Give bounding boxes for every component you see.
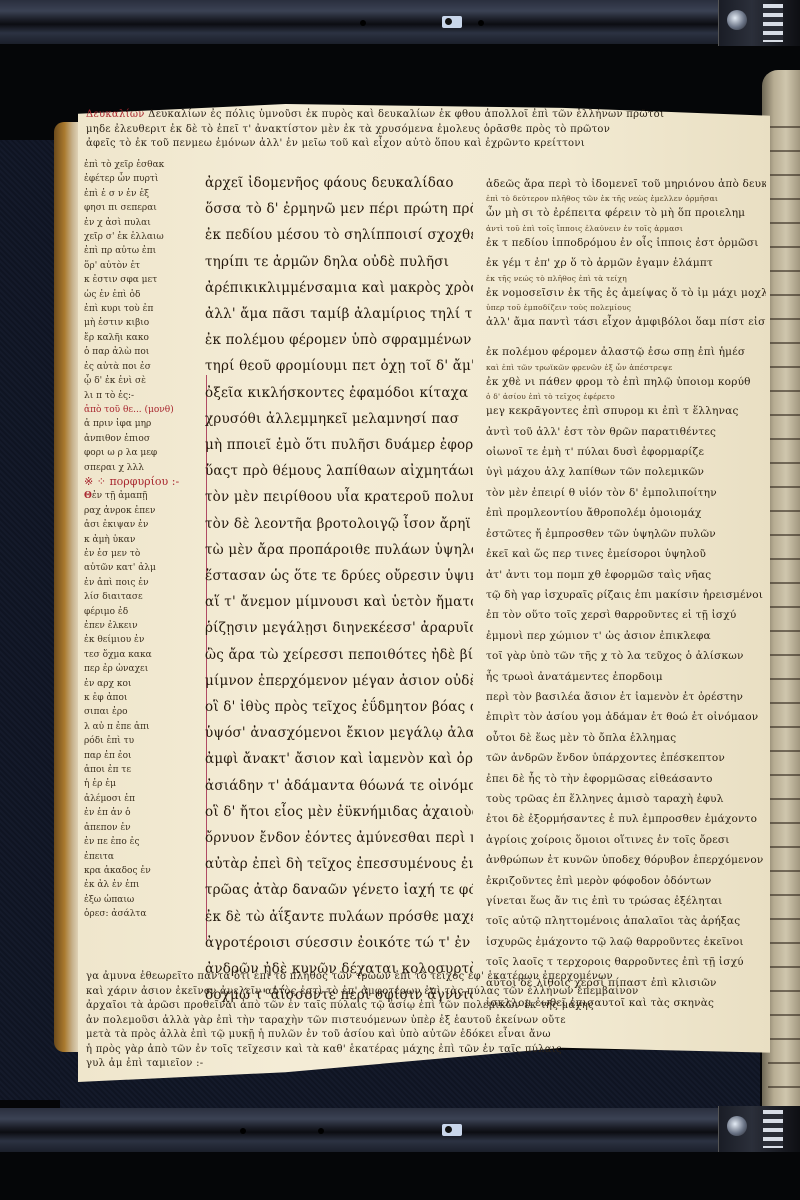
rail-bolt xyxy=(318,1128,324,1134)
hinge-bolt-icon xyxy=(727,1116,747,1136)
hinge-bolt-icon xyxy=(727,10,747,30)
cradle-rail-bottom xyxy=(0,1108,720,1152)
rail-bolt xyxy=(240,1128,246,1134)
rail-clip-icon xyxy=(442,16,462,28)
page-stack-edge xyxy=(54,122,80,1052)
margin-rubric-porphyry: πορφυρίου xyxy=(109,475,168,488)
rail-bolt xyxy=(360,20,366,26)
cradle-hinge-bottom xyxy=(718,1106,800,1152)
hinge-pins xyxy=(763,1110,783,1148)
scholia-column: ἀδεῶς ἄρα περὶ τὸ ἰδομενεῖ τοῦ μηριόνου … xyxy=(486,174,766,1013)
main-text-column: ἀρχεῖ ἰδομενῆος φάους δευκαλίδαο ὅσσα τὸ… xyxy=(205,170,473,1009)
rail-bolt xyxy=(478,20,484,26)
bottom-scholion: γα ἀμυνα ἐθεωρεῖτο πάντα ὅτι ἐπὶ τὸ πλῆθ… xyxy=(86,970,756,1072)
top-scholion: Δευκαλίων Δευκαλίων ἐς πόλις ὑμνοῦσι ἐκ … xyxy=(86,108,766,152)
cradle-hinge-top xyxy=(718,0,800,46)
heading-rubric: Δευκαλίων xyxy=(86,109,145,120)
cradle-rail-top xyxy=(0,0,720,44)
rail-clip-icon xyxy=(442,1124,462,1136)
marginal-commentary: ἐπὶ τὸ χεῖρ ἐσθακ ἐφέτερ ὧν πυρτὶ ἐπὶ ἐ … xyxy=(84,158,202,978)
hinge-pins xyxy=(763,4,783,42)
